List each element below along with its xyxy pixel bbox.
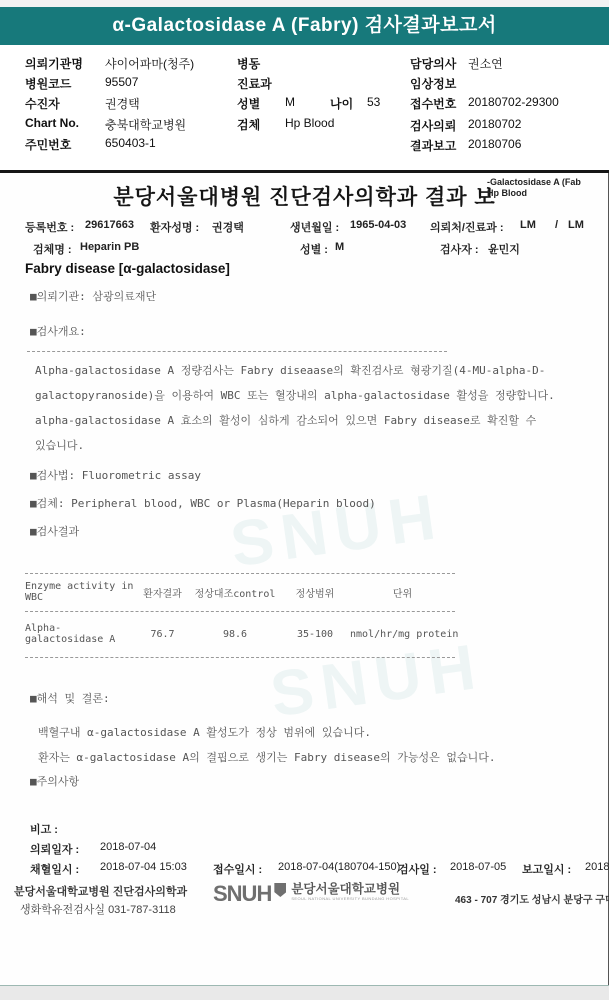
result-label-line: ■검사결과 [30, 523, 79, 539]
field-value: Hp Blood [285, 116, 334, 130]
col-header: 정상범위 [280, 585, 350, 600]
birth-value: 1965-04-03 [350, 219, 406, 231]
col-header: 환자결과 [135, 585, 190, 600]
snuh-hospital-name: 분당서울대학교병원 [291, 883, 409, 896]
examiner-value: 윤민지 [488, 241, 520, 257]
sex-label: 성별 : [300, 241, 328, 257]
patient-result-cell: 76.7 [135, 629, 190, 640]
analyte-cell: Alpha-galactosidase A [25, 623, 135, 645]
col-header: 단위 [350, 585, 455, 600]
referrer-sep: / [555, 219, 558, 231]
snuh-shield-icon [274, 883, 286, 897]
snuh-watermark: SNUH [226, 479, 448, 582]
interpretation-line: 환자는 α-galactosidase A의 결핍으로 생기는 Fabry di… [38, 749, 496, 765]
request-org-line: ■의뢰기관: 삼광의료재단 [30, 288, 156, 304]
field-value: 충북대학교병원 [105, 116, 186, 133]
draw-datetime-value: 2018-07-04 15:03 [100, 861, 187, 873]
footer-dept-line1: 분당서울대학교병원 진단검사의학과 [14, 883, 187, 899]
col-header: Enzyme activity in WBC [25, 581, 135, 603]
birth-label: 생년월일 : [290, 219, 339, 235]
overview-line: Alpha-galactosidase A 정량검사는 Fabry diseaa… [35, 358, 555, 383]
field-label: 병원코드 [25, 75, 71, 92]
overview-line: galactopyranoside)을 이용하여 WBC 또는 혈장내의 alp… [35, 383, 555, 408]
field-label: 병동 [237, 55, 260, 72]
snuh-logo-korean-block: 분당서울대학교병원 SEOUL NATIONAL UNIVERSITY BUND… [291, 883, 409, 901]
field-value: M [285, 95, 295, 109]
table-row: Alpha-galactosidase A 76.7 98.6 35-100 n… [25, 612, 455, 657]
field-label: 접수번호 [410, 95, 456, 112]
test-date-label-text: 검사일 : [398, 864, 437, 876]
field-label: 검체 [237, 116, 260, 133]
referrer-value: LM [520, 219, 536, 231]
col-header: 정상대조control [190, 585, 280, 600]
field-value: 권소연 [468, 55, 503, 72]
footer-dept-line2: 생화학유전검사실 031-787-3118 [20, 901, 176, 917]
field-value: 53 [367, 95, 380, 109]
page-bottom-strip [0, 986, 609, 1000]
report-datetime-label: 보고일시 : [522, 861, 571, 877]
corner-specimen: Hp Blood [487, 188, 527, 198]
overview-line: alpha-galactosidase A 효소의 활성이 심하게 감소되어 있… [35, 408, 555, 433]
report-datetime-label-text: 보고일시 : [522, 864, 571, 876]
field-label: 임상정보 [410, 75, 456, 92]
field-value: 샤이어파마(청주) [105, 55, 194, 72]
draw-datetime-label: 채혈일시 : [30, 861, 79, 877]
snuh-logo: SNUH 분당서울대학교병원 SEOUL NATIONAL UNIVERSITY… [213, 883, 409, 905]
field-label: 성별 [237, 95, 260, 112]
request-date-label: 의뢰일자 : [30, 841, 79, 857]
field-label: 수진자 [25, 95, 60, 112]
field-value: 권경택 [105, 95, 140, 112]
receipt-datetime-value: 2018-07-04(180704-150) [278, 861, 400, 873]
report-document: SNUH SNUH 분당서울대병원 진단검사의학과 결과 보 -Galactos… [0, 173, 609, 985]
field-label: 나이 [330, 95, 353, 112]
field-label: Chart No. [25, 116, 79, 130]
reg-no-value: 29617663 [85, 219, 134, 231]
receipt-datetime-label-text: 접수일시 : [213, 864, 262, 876]
unit-cell: nmol/hr/mg protein [350, 629, 455, 640]
interpretation-line: 백혈구내 α-galactosidase A 활성도가 정상 범위에 있습니다. [38, 724, 371, 740]
snuh-logo-text: SNUH [213, 883, 271, 905]
control-cell: 98.6 [190, 629, 280, 640]
test-date-value: 2018-07-05 [450, 861, 506, 873]
report-datetime-value: 2018-07-05 13:53 [585, 861, 609, 873]
dashed-rule [27, 351, 447, 352]
field-label: 결과보고 [410, 137, 456, 154]
corner-test-name: -Galactosidase A (Fab [487, 177, 581, 187]
field-label: 담당의사 [410, 55, 456, 72]
interpretation-label: ■해석 및 결론: [30, 690, 110, 706]
note-label-text: 비고 : [30, 824, 58, 836]
draw-datetime-label-text: 채혈일시 : [30, 864, 79, 876]
field-value: 20180706 [468, 137, 521, 151]
field-value: 20180702-29300 [468, 95, 559, 109]
order-info-panel: 의뢰기관명 샤이어파마(청주) 병원코드 95507 수진자 권경택 Chart… [0, 45, 609, 170]
field-label: 진료과 [237, 75, 272, 92]
note-label: 비고 : [30, 821, 58, 837]
overview-paragraph: Alpha-galactosidase A 정량검사는 Fabry diseaa… [35, 358, 555, 458]
name-label: 환자성명 : [150, 219, 199, 235]
sex-value: M [335, 241, 344, 253]
specimen-line: ■검체: Peripheral blood, WBC or Plasma(Hep… [30, 495, 376, 511]
method-line: ■검사법: Fluorometric assay [30, 467, 201, 483]
specimen-label: 검체명 : [33, 241, 72, 257]
receipt-datetime-label: 접수일시 : [213, 861, 262, 877]
footer-address: 463 - 707 경기도 성남시 분당구 구미동 300 [455, 891, 609, 906]
table-rule [25, 657, 455, 658]
field-label: 검사의뢰 [410, 117, 456, 134]
field-label: 주민번호 [25, 136, 71, 153]
reg-no-label: 등록번호 : [25, 219, 74, 235]
examiner-label: 검사자 : [440, 241, 479, 257]
field-value: 650403-1 [105, 136, 156, 150]
referrer-value2: LM [568, 219, 584, 231]
lab-report-page: α-Galactosidase A (Fabry) 검사결과보고서 의뢰기관명 … [0, 0, 609, 1000]
request-date-label-text: 의뢰일자 : [30, 844, 79, 856]
field-value: 20180702 [468, 117, 521, 131]
caution-label: ■주의사항 [30, 773, 79, 789]
snuh-hospital-subtext: SEOUL NATIONAL UNIVERSITY BUNDANG HOSPIT… [291, 896, 409, 901]
report-banner-title: α-Galactosidase A (Fabry) 검사결과보고서 [0, 7, 609, 45]
specimen-value: Heparin PB [80, 241, 139, 253]
overview-label: ■검사개요: [30, 323, 86, 339]
request-date-value: 2018-07-04 [100, 841, 156, 853]
overview-line: 있습니다. [35, 433, 555, 458]
field-value: 95507 [105, 75, 138, 89]
test-date-label: 검사일 : [398, 861, 437, 877]
referrer-label: 의뢰처/진료과 : [430, 219, 504, 235]
table-header-row: Enzyme activity in WBC 환자결과 정상대조control … [25, 574, 455, 611]
normal-range-cell: 35-100 [280, 629, 350, 640]
name-value: 권경택 [212, 219, 244, 235]
result-table: Enzyme activity in WBC 환자결과 정상대조control … [25, 573, 455, 658]
field-label: 의뢰기관명 [25, 55, 83, 72]
test-name-heading: Fabry disease [α-galactosidase] [25, 261, 230, 276]
